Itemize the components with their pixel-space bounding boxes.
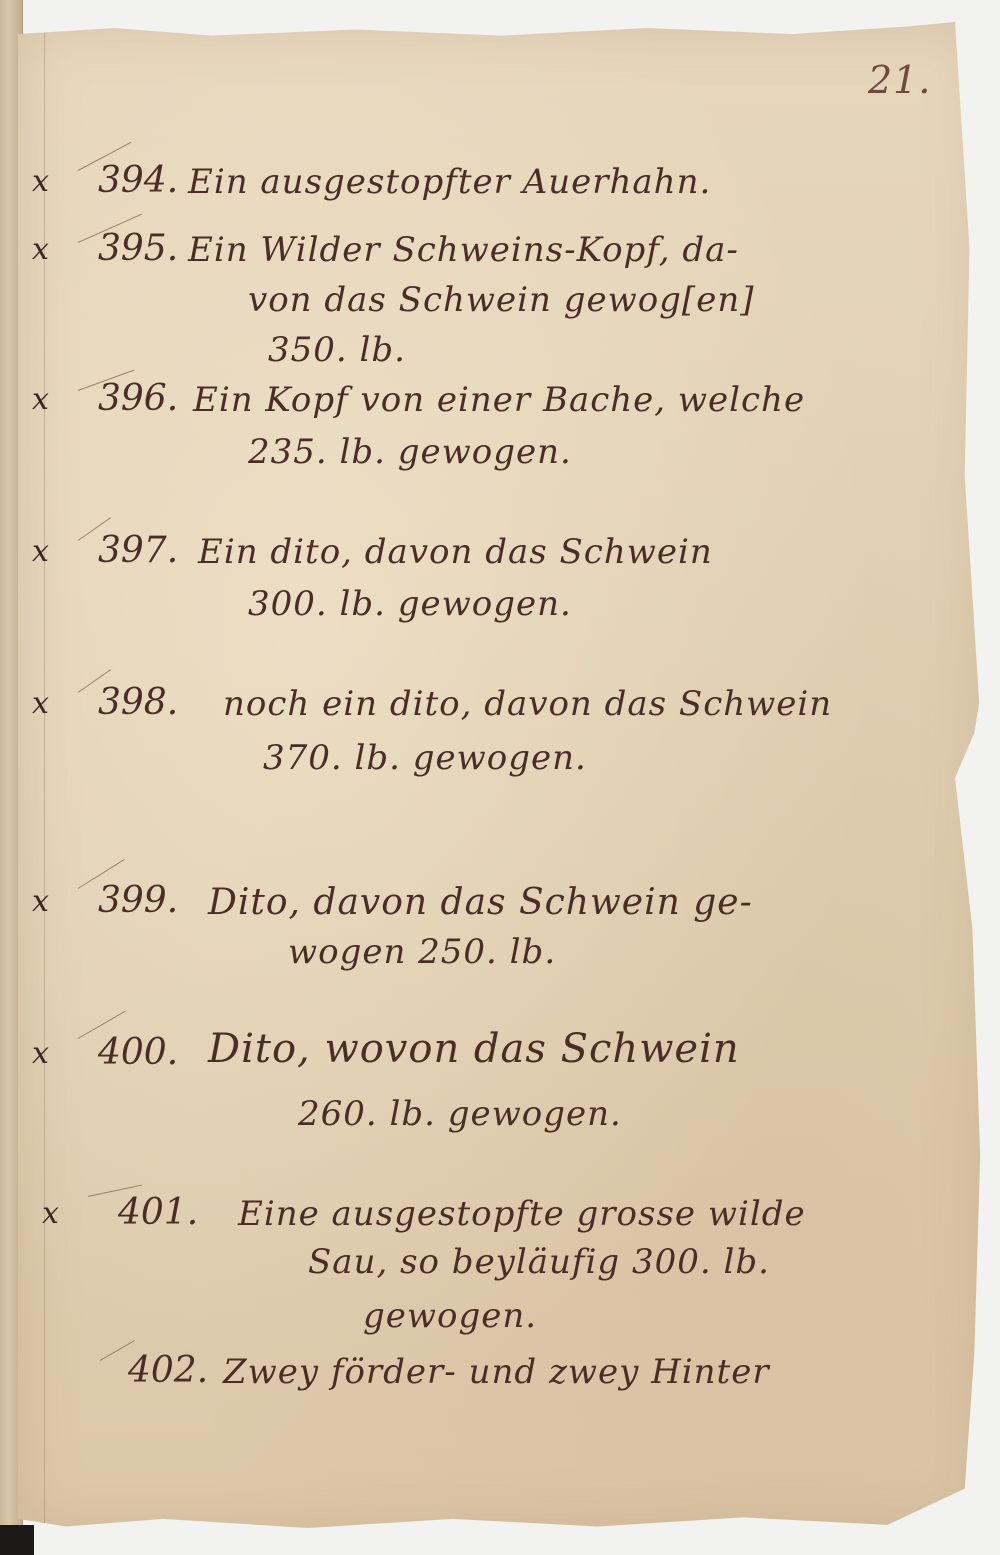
entry-text-line: 260. lb. gewogen. (298, 1094, 622, 1134)
page-number: 21. (868, 58, 931, 102)
entry-number: 402. (128, 1350, 208, 1391)
entry-text-line: Ein dito, davon das Schwein (198, 532, 713, 572)
entry-text-line: wogen 250. lb. (288, 932, 556, 972)
cross-mark: x (32, 884, 49, 919)
entry-text-line: Zwey förder- und zwey Hinter (223, 1352, 770, 1392)
entry-text-line: gewogen. (363, 1296, 537, 1336)
entry-text-line: Ein Kopf von einer Bache, welche (193, 380, 805, 420)
entry-number: 399. (98, 880, 178, 921)
scan-background-corner (0, 1525, 34, 1555)
cross-mark: x (32, 382, 49, 417)
entry-text-line: von das Schwein gewog[en] (248, 280, 754, 320)
cross-mark: x (32, 164, 49, 199)
entry-text-line: 370. lb. gewogen. (263, 738, 587, 778)
entry-text-line: Sau, so beyläufig 300. lb. (308, 1242, 770, 1282)
entry-text-line: Ein Wilder Schweins-Kopf, da- (188, 230, 739, 270)
entry-text-line: Dito, wovon das Schwein (208, 1026, 740, 1072)
entry-text-line: 300. lb. gewogen. (248, 584, 572, 624)
entry-number: 396. (98, 378, 178, 419)
entry-number: 395. (98, 228, 178, 269)
entry-number: 398. (98, 682, 178, 723)
cross-mark: x (42, 1196, 59, 1231)
cross-mark: x (32, 534, 49, 569)
entry-number: 394. (98, 160, 178, 201)
manuscript-page: 21. x 394. Ein ausgestopfter Auerhahn. x… (18, 22, 984, 1534)
entry-number: 397. (98, 530, 178, 571)
entry-text-line: 235. lb. gewogen. (248, 432, 572, 472)
cross-mark: x (32, 232, 49, 267)
entry-text-line: noch ein dito, davon das Schwein (223, 684, 832, 724)
entry-amount: 350. lb. (268, 330, 406, 370)
entry-text-line: Eine ausgestopfte grosse wilde (238, 1194, 806, 1234)
entry-number: 401. (118, 1192, 198, 1233)
entry-number: 400. (98, 1032, 178, 1073)
cross-mark: x (32, 686, 49, 721)
entry-text-line: Ein ausgestopfter Auerhahn. (188, 162, 711, 202)
cross-mark: x (32, 1036, 49, 1071)
entry-text-line: Dito, davon das Schwein ge- (208, 882, 753, 923)
